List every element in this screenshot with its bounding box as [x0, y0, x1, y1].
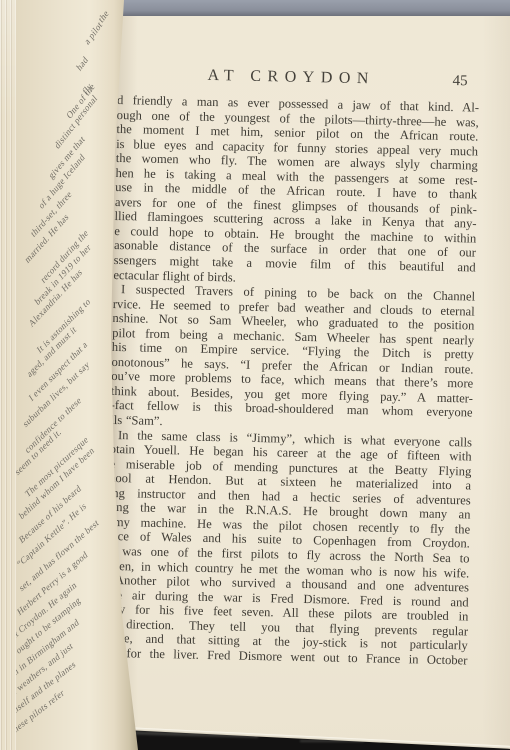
book-page: AT CROYDON 45 d friendly a man as ever p…	[106, 16, 510, 750]
page-fragment: a pilot	[83, 19, 104, 47]
book-photo: AT CROYDON 45 d friendly a man as ever p…	[0, 0, 510, 750]
text-column: d friendly a man as ever possessed a jaw…	[105, 93, 479, 668]
page-number: 45	[452, 73, 467, 90]
running-header: AT CROYDON	[207, 67, 375, 89]
page-fragment: had	[75, 54, 90, 73]
page-content: AT CROYDON 45 d friendly a man as ever p…	[91, 15, 510, 750]
